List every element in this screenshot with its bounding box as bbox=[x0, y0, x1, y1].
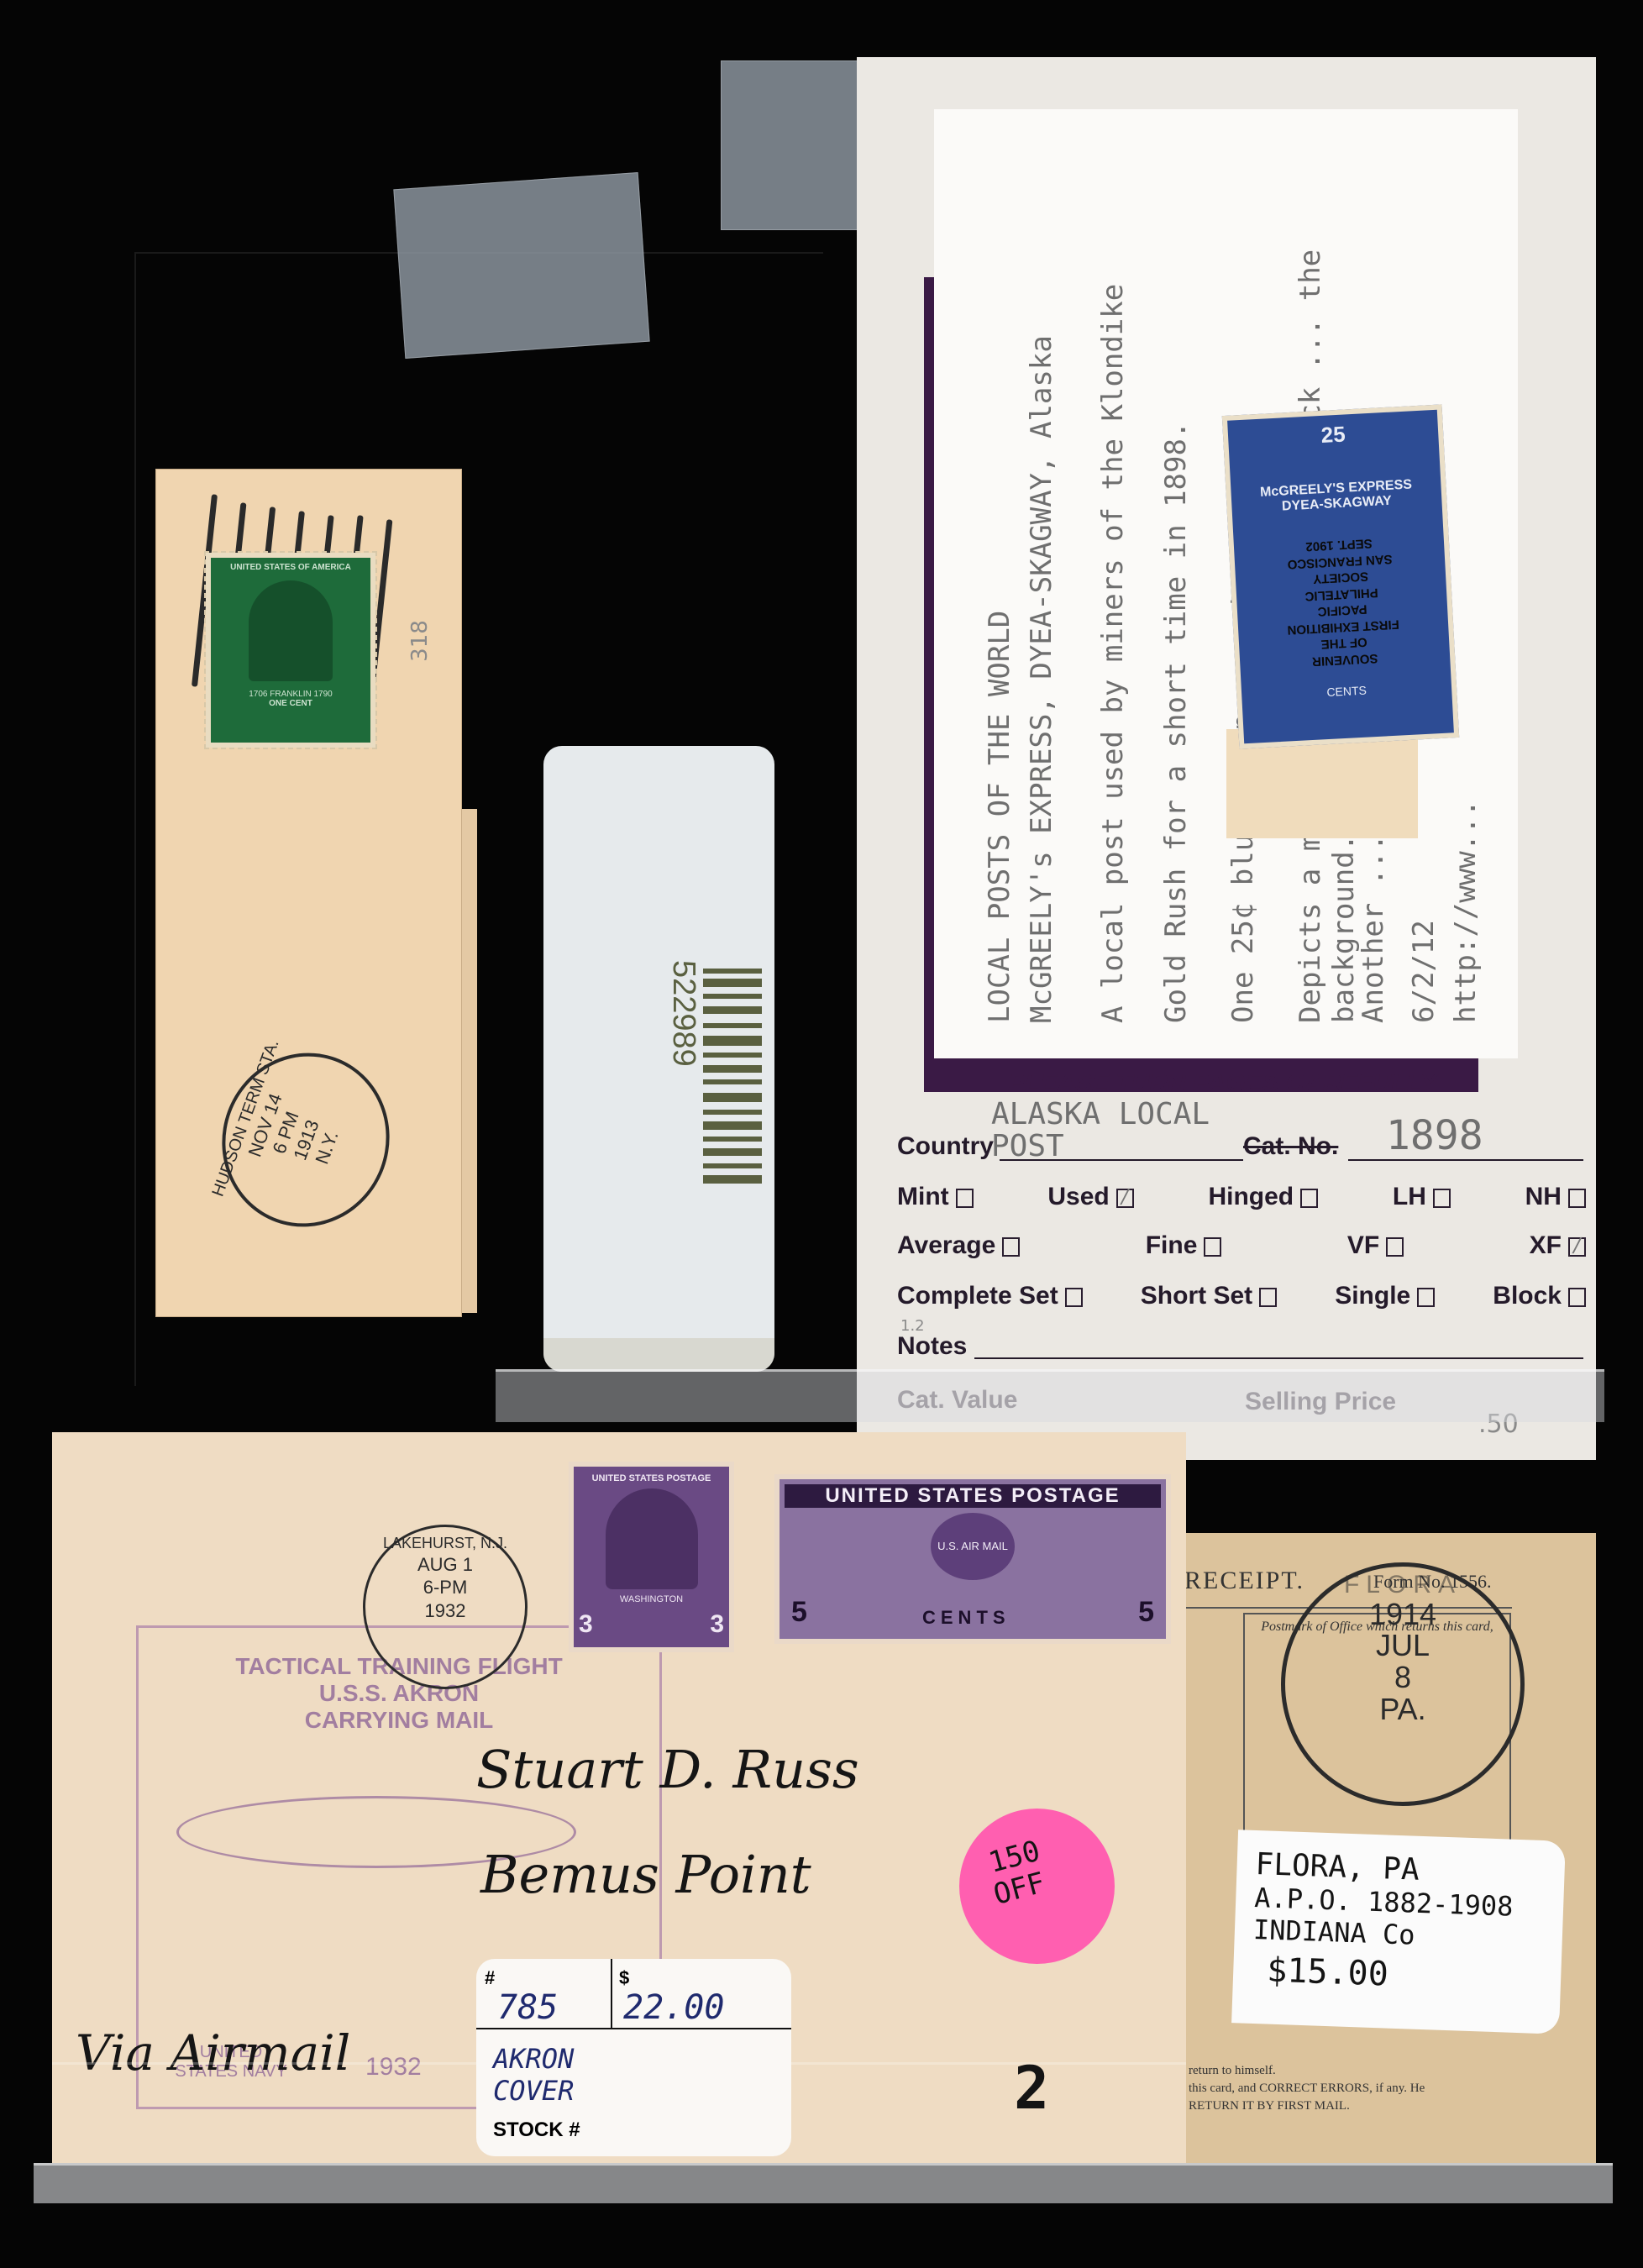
franklin-1c-stamp[interactable]: UNITED STATES OF AMERICA 1706 FRANKLIN 1… bbox=[206, 553, 375, 748]
receipt-instructions: ... return to himself. ... this card, an… bbox=[1176, 2062, 1425, 2115]
condition-row-3: Complete Set Short Set Single Block bbox=[897, 1282, 1586, 1310]
plastic-sleeve bbox=[496, 1369, 1604, 1422]
notes-label: Notes bbox=[897, 1332, 967, 1361]
stamp-value: 5 bbox=[1138, 1596, 1154, 1629]
stock-description: AKRON COVER bbox=[493, 2043, 661, 2108]
washington-3c-stamp[interactable]: UNITED STATES POSTAGE WASHINGTON 3 3 bbox=[569, 1462, 734, 1652]
checkbox-label: NH bbox=[1525, 1183, 1562, 1210]
stamp-on-piece[interactable]: UNITED STATES OF AMERICA 1706 FRANKLIN 1… bbox=[155, 469, 462, 1317]
checkbox-complete-set[interactable]: Complete Set bbox=[897, 1282, 1083, 1310]
stamp-country: UNITED STATES OF AMERICA bbox=[211, 558, 370, 572]
checkbox[interactable] bbox=[1433, 1189, 1451, 1208]
country-value[interactable]: ALASKA LOCAL POST bbox=[991, 1099, 1243, 1163]
checkbox-label: Mint bbox=[897, 1183, 949, 1210]
stamp-value: 3 bbox=[710, 1610, 724, 1639]
stock-card[interactable]: LOCAL POSTS OF THE WORLD McGREELY's EXPR… bbox=[857, 57, 1596, 1460]
checkbox-checked[interactable]: ╱ bbox=[1116, 1189, 1134, 1208]
checkbox-single[interactable]: Single bbox=[1335, 1282, 1435, 1310]
stamp-header: UNITED STATES POSTAGE bbox=[574, 1467, 729, 1483]
barcode-label[interactable]: 522989 bbox=[543, 746, 774, 1372]
lakehurst-postmark: LAKEHURST, N.J. AUG 1 6-PM 1932 bbox=[363, 1525, 528, 1689]
tape-strip bbox=[393, 172, 649, 359]
checkbox-nh[interactable]: NH bbox=[1525, 1183, 1586, 1211]
stamp-header: UNITED STATES POSTAGE bbox=[785, 1484, 1161, 1508]
stamp-portrait-oval bbox=[606, 1488, 698, 1589]
stamp-portrait-oval bbox=[249, 580, 333, 681]
notes-field[interactable] bbox=[974, 1357, 1583, 1359]
stamp-years: 1706 FRANKLIN 1790 bbox=[211, 690, 370, 699]
barcode-icon bbox=[695, 969, 762, 1191]
piece-flap bbox=[462, 809, 477, 1313]
checkbox-label: Single bbox=[1335, 1282, 1410, 1310]
addressee-name: Stuart D. Russ bbox=[476, 1739, 859, 1800]
stamp-unit: CENTS bbox=[922, 1607, 1010, 1629]
checkbox-used[interactable]: Used╱ bbox=[1047, 1183, 1133, 1211]
catno-label: Cat. No. bbox=[1243, 1132, 1338, 1161]
label-divider-v bbox=[611, 1959, 612, 2028]
cachet-year: 1932 bbox=[365, 2053, 422, 2082]
stamp-value: 3 bbox=[579, 1610, 593, 1639]
via-airmail: Via Airmail bbox=[76, 2024, 350, 2082]
checkbox[interactable] bbox=[956, 1189, 974, 1208]
postmark-town: LAKEHURST, N.J. bbox=[365, 1534, 525, 1553]
winged-globe-icon: U.S. AIR MAIL bbox=[931, 1513, 1015, 1580]
checkbox-label: Block bbox=[1493, 1282, 1562, 1310]
checkbox-label: Complete Set bbox=[897, 1282, 1058, 1310]
card-banner: PLEASE TURN PAGES CAREFULLY bbox=[1008, 1069, 1437, 1098]
mcgreely-express-25c-stamp[interactable]: 25 McGREELY'S EXPRESS DYEA-SKAGWAY SOUVE… bbox=[1222, 404, 1459, 748]
note-line: 6/2/12 bbox=[1407, 920, 1441, 1023]
stock-footer: STOCK # bbox=[493, 2118, 580, 2142]
checkbox-fine[interactable]: Fine bbox=[1146, 1231, 1222, 1260]
label-tab bbox=[543, 1338, 774, 1372]
condition-row-1: Mint Used╱ Hinged LH NH bbox=[897, 1183, 1586, 1211]
checkbox-xf[interactable]: XF╱ bbox=[1530, 1231, 1586, 1260]
stamp-portrait-name: WASHINGTON bbox=[574, 1594, 729, 1604]
note-line: LOCAL POSTS OF THE WORLD bbox=[983, 611, 1016, 1023]
checkbox-label: Used bbox=[1047, 1183, 1109, 1210]
stamp-value: ONE CENT bbox=[211, 699, 370, 708]
flora-price-label[interactable]: FLORA, PA A.P.O. 1882-1908 INDIANA Co $1… bbox=[1231, 1830, 1566, 2034]
instruction-line: ... RETURN IT BY FIRST MAIL. bbox=[1176, 2097, 1425, 2115]
pencil-note: 318 bbox=[407, 620, 433, 662]
discount-sticker: 150 OFF bbox=[959, 1809, 1115, 1964]
note-line: A local post used by miners of the Klond… bbox=[1096, 284, 1130, 1023]
checkbox[interactable] bbox=[1386, 1237, 1404, 1257]
checkbox-label: VF bbox=[1347, 1231, 1379, 1259]
stamp-value: 25 bbox=[1228, 417, 1439, 454]
instruction-line: ... this card, and CORRECT ERRORS, if an… bbox=[1176, 2080, 1425, 2097]
postmark-time: 6-PM bbox=[365, 1576, 525, 1599]
catno-underline bbox=[1348, 1159, 1583, 1161]
checkbox-label: Short Set bbox=[1141, 1282, 1252, 1310]
checkbox[interactable] bbox=[1065, 1288, 1083, 1307]
stock-price: 22.00 bbox=[623, 1988, 724, 2027]
cachet-line: CARRYING MAIL bbox=[139, 1707, 659, 1734]
hudson-term-postmark: HUDSON TERM STA. NOV 14 6 PM 1913 N.Y. bbox=[197, 1029, 413, 1250]
checkbox-label: Average bbox=[897, 1231, 995, 1259]
winged-globe-5c-airmail-stamp[interactable]: UNITED STATES POSTAGE U.S. AIR MAIL 5 5 … bbox=[774, 1474, 1171, 1644]
flora-postmark: FLORA 1914 JUL 8 PA. bbox=[1281, 1562, 1525, 1806]
stamp-overprint: SOUVENIR OF THE FIRST EXHIBITION PACIFIC… bbox=[1234, 532, 1451, 674]
checkbox-mint[interactable]: Mint bbox=[897, 1183, 974, 1211]
checkbox-label: Hinged bbox=[1208, 1183, 1294, 1210]
condition-row-2: Average Fine VF XF╱ bbox=[897, 1231, 1586, 1260]
stock-number: 785 bbox=[497, 1988, 558, 2027]
checkbox-short-set[interactable]: Short Set bbox=[1141, 1282, 1277, 1310]
postmark-day: 8 bbox=[1285, 1662, 1520, 1693]
checkbox-label: LH bbox=[1393, 1183, 1426, 1210]
postmark-year: 1932 bbox=[365, 1599, 525, 1623]
checkbox[interactable] bbox=[1204, 1237, 1221, 1257]
label-divider-h bbox=[476, 2028, 791, 2029]
checkbox-label: XF bbox=[1530, 1231, 1562, 1259]
catno-value[interactable]: 1898 bbox=[1386, 1112, 1483, 1159]
album-page-border bbox=[134, 252, 136, 1386]
postmark-year: 1914 bbox=[1285, 1599, 1520, 1630]
checkbox-block[interactable]: Block bbox=[1493, 1282, 1586, 1310]
checkbox[interactable] bbox=[1417, 1288, 1435, 1307]
label-hash: # bbox=[485, 1967, 495, 1989]
checkbox[interactable] bbox=[1568, 1189, 1586, 1208]
addressee-city: Bemus Point bbox=[480, 1844, 811, 1905]
postmark-date: AUG 1 bbox=[365, 1553, 525, 1577]
instruction-line: ... return to himself. bbox=[1176, 2062, 1425, 2080]
stamp-value: 5 bbox=[791, 1596, 807, 1629]
checkbox-vf[interactable]: VF bbox=[1347, 1231, 1404, 1260]
checkbox-label: Fine bbox=[1146, 1231, 1198, 1259]
plastic-sleeve-bottom bbox=[34, 2163, 1613, 2203]
checkbox[interactable] bbox=[1568, 1288, 1586, 1307]
checkbox-average[interactable]: Average bbox=[897, 1231, 1020, 1260]
country-label: Country bbox=[897, 1132, 994, 1161]
postmark-month: JUL bbox=[1285, 1630, 1520, 1662]
checkbox[interactable] bbox=[1259, 1288, 1277, 1307]
checkbox[interactable] bbox=[1002, 1237, 1020, 1257]
postmark-state: PA. bbox=[1285, 1693, 1520, 1725]
checkbox-lh[interactable]: LH bbox=[1393, 1183, 1451, 1211]
note-line: Gold Rush for a short time in 1898. bbox=[1159, 422, 1193, 1023]
stamp-unit: CENTS bbox=[1241, 679, 1451, 703]
note-line: http://www... bbox=[1449, 800, 1483, 1023]
checkbox[interactable] bbox=[1300, 1189, 1318, 1208]
checkbox-hinged[interactable]: Hinged bbox=[1208, 1183, 1318, 1211]
label-dollar: $ bbox=[619, 1967, 629, 1989]
postmark-town: FLORA bbox=[1285, 1572, 1520, 1599]
cachet-line: U.S.S. AKRON bbox=[139, 1680, 659, 1707]
note-line: McGREELY's EXPRESS, DYEA-SKAGWAY, Alaska bbox=[1025, 335, 1058, 1023]
checkbox-checked[interactable]: ╱ bbox=[1568, 1237, 1586, 1257]
stock-price-label[interactable]: # $ 785 22.00 AKRON COVER STOCK # bbox=[476, 1959, 791, 2156]
